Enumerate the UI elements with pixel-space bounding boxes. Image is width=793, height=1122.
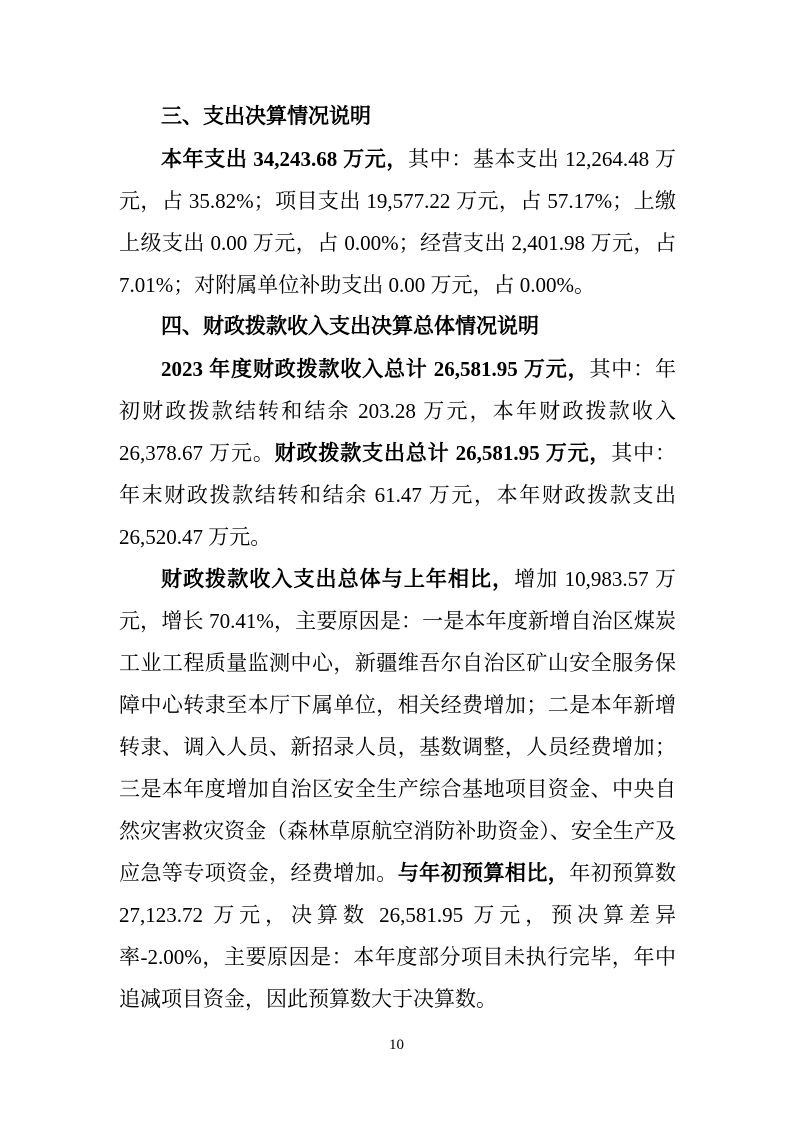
bold-text-run: 2023 年度财政拨款收入总计 26,581.95 万元， (161, 357, 589, 381)
body-paragraph: 2023 年度财政拨款收入总计 26,581.95 万元，其中：年初财政拨款结转… (119, 348, 676, 558)
document-page: 三、支出决算情况说明本年支出 34,243.68 万元，其中：基本支出 12,2… (0, 0, 793, 1122)
document-body: 三、支出决算情况说明本年支出 34,243.68 万元，其中：基本支出 12,2… (119, 96, 676, 1020)
bold-text-run: 本年支出 34,243.68 万元， (161, 147, 408, 171)
bold-text-run: 四、财政拨款收入支出决算总体情况说明 (161, 315, 539, 338)
page-number: 10 (0, 1034, 793, 1056)
bold-text-run: 财政拨款支出总计 26,581.95 万元， (275, 441, 612, 465)
bold-text-run: 三、支出决算情况说明 (161, 105, 371, 128)
text-run: 增加 10,983.57 万元，增长 70.41%，主要原因是：一是本年度新增自… (119, 567, 676, 885)
bold-text-run: 与年初预算相比， (398, 861, 570, 885)
body-paragraph: 财政拨款收入支出总体与上年相比，增加 10,983.57 万元，增长 70.41… (119, 558, 676, 1020)
body-paragraph: 本年支出 34,243.68 万元，其中：基本支出 12,264.48 万元，占… (119, 138, 676, 306)
bold-text-run: 财政拨款收入支出总体与上年相比， (161, 567, 514, 591)
section-heading: 四、财政拨款收入支出决算总体情况说明 (119, 306, 676, 348)
section-heading: 三、支出决算情况说明 (119, 96, 676, 138)
